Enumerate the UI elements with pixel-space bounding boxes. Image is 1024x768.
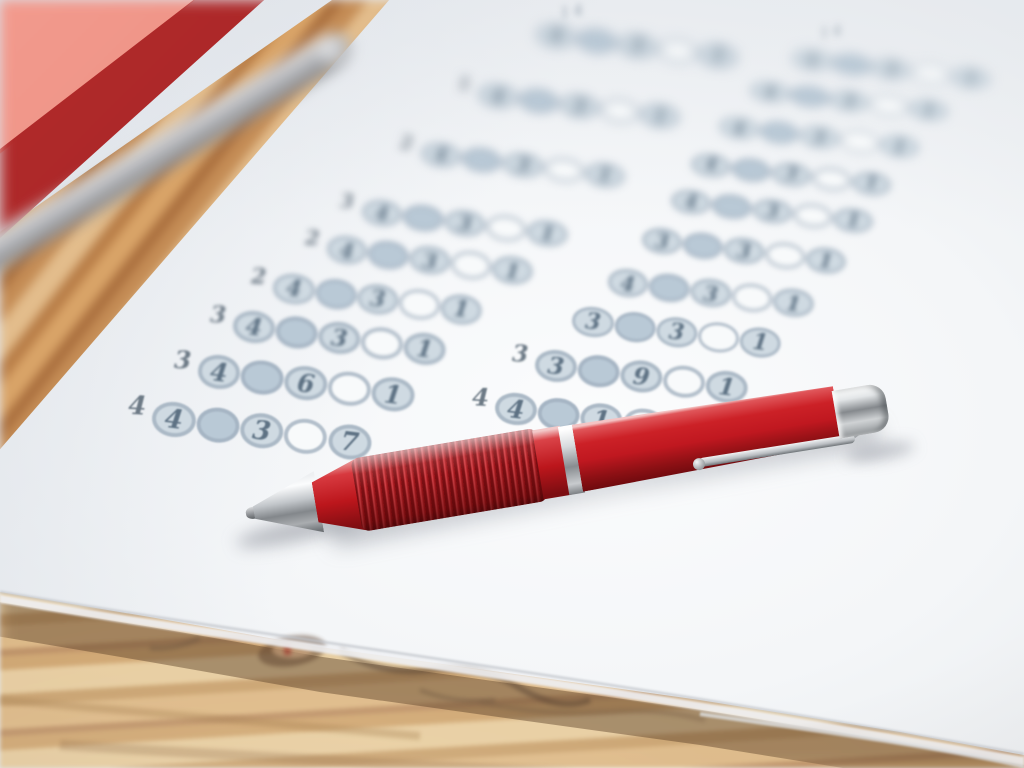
- photo-scene: 14 14 4311431243134312431243134313461443…: [0, 0, 1024, 768]
